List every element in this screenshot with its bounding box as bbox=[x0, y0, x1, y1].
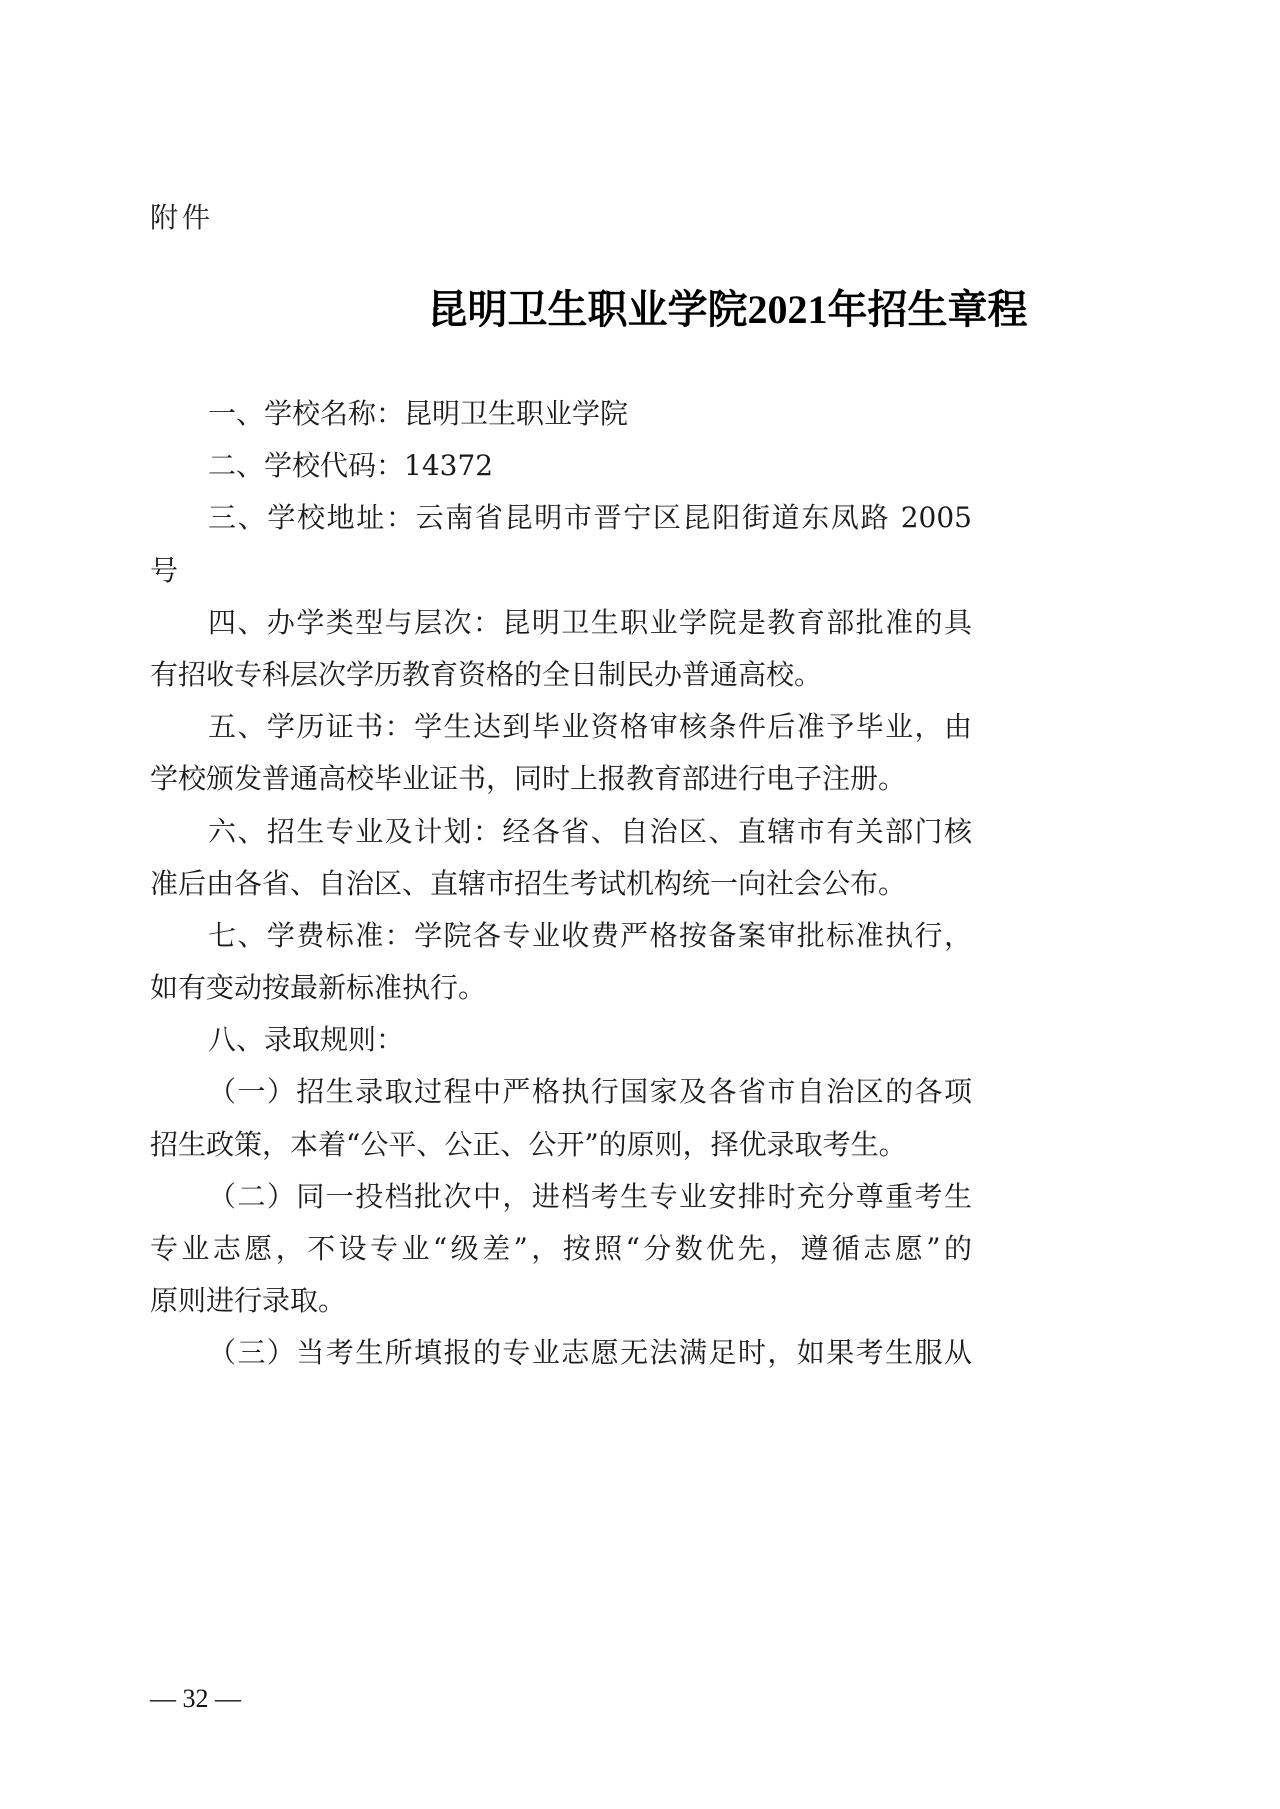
text-line: 有招收专科层次学历教育资格的全日制民办普通高校。 bbox=[150, 649, 972, 701]
text-line: 五、学历证书：学生达到毕业资格审核条件后准予毕业，由 bbox=[150, 701, 972, 753]
text-line: 招生政策，本着“公平、公正、公开”的原则，择优录取考生。 bbox=[150, 1119, 972, 1171]
text-line: 专业志愿，不设专业“级差”，按照“分数优先，遵循志愿”的 bbox=[150, 1223, 972, 1275]
text-line: 四、办学类型与层次：昆明卫生职业学院是教育部批准的具 bbox=[150, 597, 972, 649]
text-line: 号 bbox=[150, 545, 972, 597]
document-page: 附件 昆明卫生职业学院2021年招生章程 一、学校名称：昆明卫生职业学院二、学校… bbox=[0, 0, 1280, 1809]
text-line: 原则进行录取。 bbox=[150, 1275, 972, 1327]
text-line: （二）同一投档批次中，进档考生专业安排时充分尊重考生 bbox=[150, 1171, 972, 1223]
text-line: （一）招生录取过程中严格执行国家及各省市自治区的各项 bbox=[150, 1066, 972, 1118]
text-line: 三、学校地址：云南省昆明市晋宁区昆阳街道东凤路 2005 bbox=[150, 492, 972, 544]
text-line: 二、学校代码：14372 bbox=[150, 440, 972, 492]
text-line: 八、录取规则： bbox=[150, 1014, 972, 1066]
document-body: 一、学校名称：昆明卫生职业学院二、学校代码：14372三、学校地址：云南省昆明市… bbox=[150, 388, 972, 1380]
text-line: 七、学费标准：学院各专业收费严格按备案审批标准执行， bbox=[150, 910, 972, 962]
text-line: 准后由各省、自治区、直辖市招生考试机构统一向社会公布。 bbox=[150, 858, 972, 910]
page-number: — 32 — bbox=[150, 1684, 241, 1714]
text-line: 六、招生专业及计划：经各省、自治区、直辖市有关部门核 bbox=[150, 806, 972, 858]
text-line: 一、学校名称：昆明卫生职业学院 bbox=[150, 388, 972, 440]
text-line: 学校颁发普通高校毕业证书，同时上报教育部进行电子注册。 bbox=[150, 753, 972, 805]
document-title: 昆明卫生职业学院2021年招生章程 bbox=[0, 278, 1280, 335]
attachment-label: 附件 bbox=[150, 196, 214, 236]
text-line: 如有变动按最新标准执行。 bbox=[150, 962, 972, 1014]
text-line: （三）当考生所填报的专业志愿无法满足时，如果考生服从 bbox=[150, 1327, 972, 1379]
